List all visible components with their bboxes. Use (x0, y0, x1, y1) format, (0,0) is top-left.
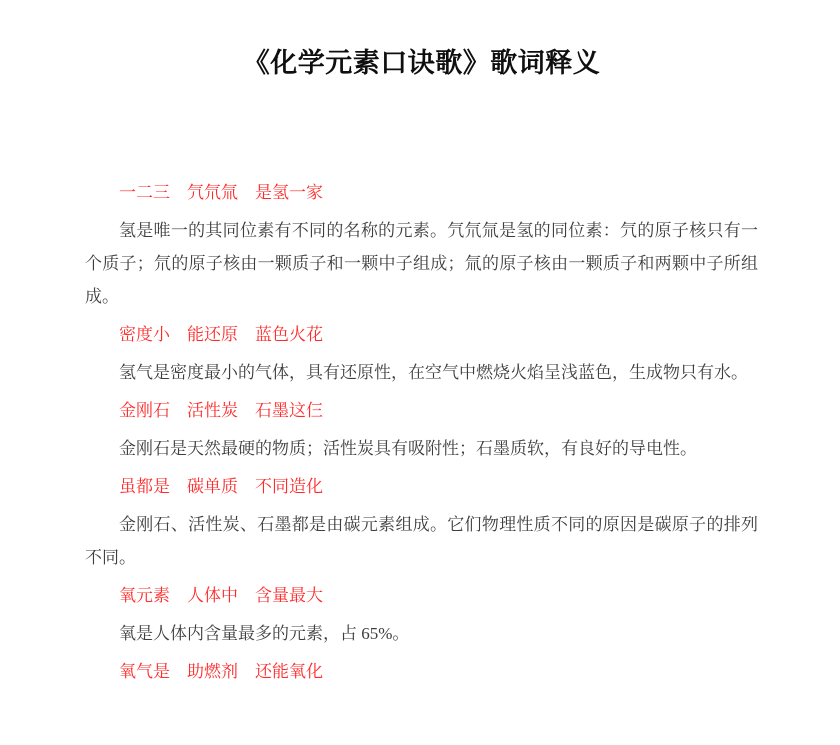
verse-heading: 虽都是 碳单质 不同造化 (85, 470, 758, 503)
verse-heading: 一二三 氕氘氚 是氢一家 (85, 176, 758, 209)
page-title: 《化学元素口诀歌》歌词释义 (85, 44, 758, 82)
verse-paragraph: 金刚石是天然最硬的物质；活性炭具有吸附性；石墨质软，有良好的导电性。 (85, 432, 758, 465)
verse-heading: 金刚石 活性炭 石墨这仨 (85, 394, 758, 427)
document-body: 《化学元素口诀歌》歌词释义 一二三 氕氘氚 是氢一家 氢是唯一的其同位素有不同的… (0, 0, 840, 688)
verse-section: 氧气是 助燃剂 还能氧化 (85, 655, 758, 688)
verse-section: 金刚石 活性炭 石墨这仨 金刚石是天然最硬的物质；活性炭具有吸附性；石墨质软，有… (85, 394, 758, 465)
document-page: 《化学元素口诀歌》歌词释义 一二三 氕氘氚 是氢一家 氢是唯一的其同位素有不同的… (0, 0, 840, 745)
verse-section: 一二三 氕氘氚 是氢一家 氢是唯一的其同位素有不同的名称的元素。氕氘氚是氢的同位… (85, 176, 758, 313)
verse-heading: 密度小 能还原 蓝色火花 (85, 318, 758, 351)
verse-paragraph: 氢气是密度最小的气体，具有还原性，在空气中燃烧火焰呈浅蓝色，生成物只有水。 (85, 356, 758, 389)
verse-section: 虽都是 碳单质 不同造化 金刚石、活性炭、石墨都是由碳元素组成。它们物理性质不同… (85, 470, 758, 574)
verse-heading: 氧元素 人体中 含量最大 (85, 579, 758, 612)
verse-heading: 氧气是 助燃剂 还能氧化 (85, 655, 758, 688)
verse-paragraph: 氢是唯一的其同位素有不同的名称的元素。氕氘氚是氢的同位素：氕的原子核只有一个质子… (85, 214, 758, 313)
verse-paragraph: 氧是人体内含量最多的元素，占 65%。 (85, 617, 758, 650)
verse-section: 氧元素 人体中 含量最大 氧是人体内含量最多的元素，占 65%。 (85, 579, 758, 650)
verse-section: 密度小 能还原 蓝色火花 氢气是密度最小的气体，具有还原性，在空气中燃烧火焰呈浅… (85, 318, 758, 389)
verse-paragraph: 金刚石、活性炭、石墨都是由碳元素组成。它们物理性质不同的原因是碳原子的排列不同。 (85, 508, 758, 574)
